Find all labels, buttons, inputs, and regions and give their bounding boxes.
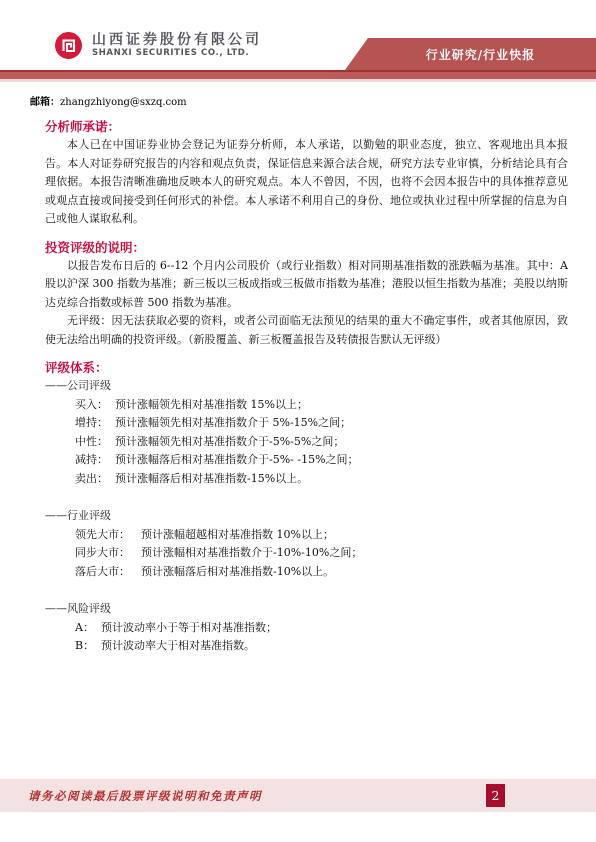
rating-row-underperform: 落后大市： 预计涨幅落后相对基准指数-10%以上。	[45, 563, 568, 582]
section-analyst-commitment: 分析师承诺： 本人已在中国证券业协会登记为证券分析师，本人承诺，以勤勉的职业态度…	[45, 117, 568, 229]
rating-label: 减持：	[75, 451, 115, 470]
rating-row-outperform: 领先大市： 预计涨幅超越相对基准指数 10%以上；	[45, 526, 568, 545]
company-name-en: SHANXI SECURITIES CO., LTD.	[92, 48, 262, 59]
header-divider-stripe	[0, 70, 596, 82]
report-body: 分析师承诺： 本人已在中国证券业协会登记为证券分析师，本人承诺，以勤勉的职业态度…	[45, 117, 568, 656]
rating-row-neutral: 中性： 预计涨幅领先相对基准指数介于-5%-5%之间；	[45, 433, 568, 452]
rating-explanation-title: 投资评级的说明：	[45, 238, 568, 257]
rating-label: 同步大市：	[75, 544, 141, 563]
rating-desc: 预计涨幅领先相对基准指数介于-5%-5%之间；	[115, 433, 344, 452]
rating-label: 落后大市：	[75, 563, 141, 582]
industry-rating-group-heading: ——行业评级	[45, 507, 568, 526]
stripe-light-band	[0, 79, 596, 82]
rating-label: 领先大市：	[75, 526, 141, 545]
footer-disclaimer: 请务必阅读最后股票评级说明和免责声明	[28, 788, 262, 804]
rating-label: 中性：	[75, 433, 115, 452]
rating-desc: 预计波动率小于等于相对基准指数；	[101, 619, 277, 638]
rating-desc: 预计涨幅落后相对基准指数-15%以上。	[115, 470, 308, 489]
rating-explanation-paragraph-2: 无评级：因无法获取必要的资料，或者公司面临无法预见的结果的重大不确定事件，或者其…	[45, 312, 568, 349]
rating-desc: 预计涨幅领先相对基准指数 15%以上；	[115, 396, 308, 415]
rating-desc: 预计涨幅超越相对基准指数 10%以上；	[141, 526, 334, 545]
report-type-label: 行业研究/行业快报	[406, 46, 535, 63]
rating-desc: 预计涨幅落后相对基准指数-10%以上。	[141, 563, 334, 582]
company-name-block: 山西证券股份有限公司 SHANXI SECURITIES CO., LTD.	[92, 32, 262, 59]
rating-row-accumulate: 增持： 预计涨幅领先相对基准指数介于 5%-15%之间；	[45, 414, 568, 433]
company-name-cn: 山西证券股份有限公司	[92, 32, 262, 48]
rating-row-buy: 买入： 预计涨幅领先相对基准指数 15%以上；	[45, 396, 568, 415]
rating-label: B：	[75, 637, 101, 656]
page-number-badge: 2	[486, 784, 505, 807]
rating-row-reduce: 减持： 预计涨幅落后相对基准指数介于-5%- -15%之间；	[45, 451, 568, 470]
rating-desc: 预计波动率大于相对基准指数。	[101, 637, 255, 656]
shanxi-securities-logo-icon	[54, 31, 83, 60]
email-label: 邮箱：	[30, 97, 60, 108]
company-logo-block: 山西证券股份有限公司 SHANXI SECURITIES CO., LTD.	[54, 31, 262, 60]
rating-row-risk-b: B： 预计波动率大于相对基准指数。	[45, 637, 568, 656]
analyst-commitment-paragraph: 本人已在中国证券业协会登记为证券分析师，本人承诺，以勤勉的职业态度，独立、客观地…	[45, 136, 568, 229]
rating-label: 增持：	[75, 414, 115, 433]
rating-row-inline: 同步大市： 预计涨幅相对基准指数介于-10%-10%之间；	[45, 544, 568, 563]
analyst-commitment-title: 分析师承诺：	[45, 117, 568, 136]
section-rating-explanation: 投资评级的说明： 以报告发布日后的 6--12 个月内公司股价（或行业指数）相对…	[45, 238, 568, 350]
rating-row-risk-a: A： 预计波动率小于等于相对基准指数；	[45, 619, 568, 638]
rating-label: A：	[75, 619, 101, 638]
rating-desc: 预计涨幅领先相对基准指数介于 5%-15%之间；	[115, 414, 351, 433]
report-type-banner: 行业研究/行业快报	[345, 38, 596, 70]
rating-label: 买入：	[75, 396, 115, 415]
risk-rating-group-heading: ——风险评级	[45, 600, 568, 619]
page-footer: 请务必阅读最后股票评级说明和免责声明 2	[0, 779, 596, 812]
email-value: zhangzhiyong@sxzq.com	[60, 97, 187, 108]
contact-email-line: 邮箱：zhangzhiyong@sxzq.com	[30, 96, 187, 110]
rating-label: 卖出：	[75, 470, 115, 489]
section-rating-system: 评级体系： ——公司评级 买入： 预计涨幅领先相对基准指数 15%以上； 增持：…	[45, 358, 568, 656]
rating-row-sell: 卖出： 预计涨幅落后相对基准指数-15%以上。	[45, 470, 568, 489]
stripe-mid-band	[0, 72, 596, 79]
rating-system-title: 评级体系：	[45, 358, 568, 377]
report-page: 山西证券股份有限公司 SHANXI SECURITIES CO., LTD. 行…	[0, 0, 596, 842]
company-rating-group-heading: ——公司评级	[45, 377, 568, 396]
rating-desc: 预计涨幅相对基准指数介于-10%-10%之间；	[141, 544, 362, 563]
rating-explanation-paragraph-1: 以报告发布日后的 6--12 个月内公司股价（或行业指数）相对同期基准指数的涨跌…	[45, 257, 568, 313]
rating-desc: 预计涨幅落后相对基准指数介于-5%- -15%之间；	[115, 451, 359, 470]
